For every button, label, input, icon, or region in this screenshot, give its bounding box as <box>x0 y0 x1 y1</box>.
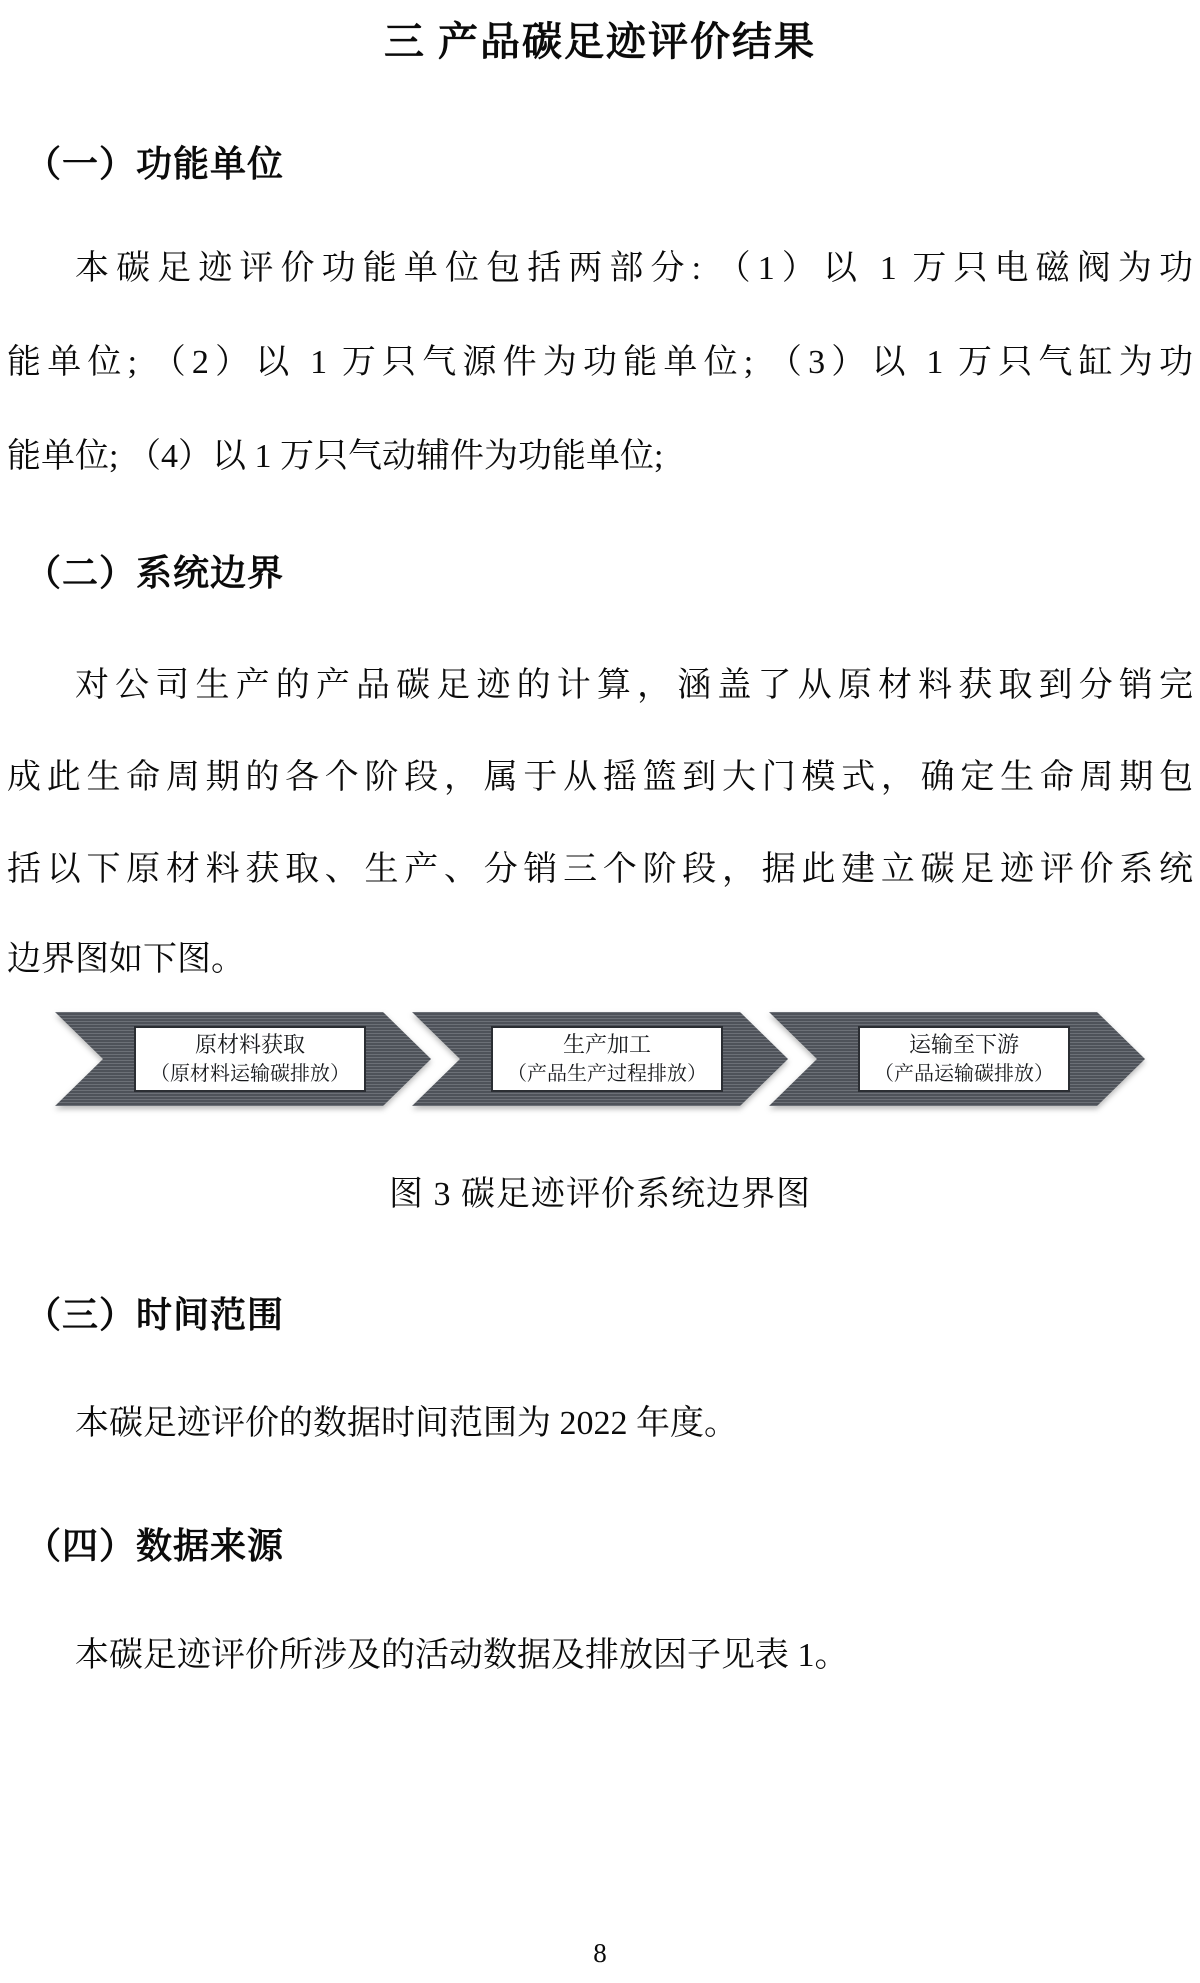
stage-subtitle: （原材料运输碳排放） <box>150 1060 350 1088</box>
stage-label-box: 原材料获取 （原材料运输碳排放） <box>134 1026 366 1093</box>
figure-caption: 图 3 碳足迹评价系统边界图 <box>0 1166 1200 1215</box>
stage-title: 生产加工 <box>507 1030 707 1061</box>
paragraph-line: 能单位; （2）以 1 万只气源件为功能单位; （3）以 1 万只气缸为功 <box>7 342 1193 385</box>
section-heading-data-source: （四）数据来源 <box>25 1518 284 1569</box>
paragraph-line: 本碳足迹评价功能单位包括两部分: （1）以 1 万只电磁阀为功 <box>7 248 1193 291</box>
page-title: 三 产品碳足迹评价结果 <box>0 10 1200 67</box>
stage-label-box: 生产加工 （产品生产过程排放） <box>491 1026 723 1093</box>
stage-subtitle: （产品生产过程排放） <box>507 1060 707 1088</box>
paragraph-line: 边界图如下图。 <box>7 939 1193 982</box>
paragraph-line: 本碳足迹评价所涉及的活动数据及排放因子见表 1。 <box>7 1635 1193 1678</box>
stage-label-box: 运输至下游 （产品运输碳排放） <box>858 1026 1070 1093</box>
paragraph-line: 本碳足迹评价的数据时间范围为 2022 年度。 <box>7 1403 1193 1446</box>
stage-title: 运输至下游 <box>874 1030 1054 1061</box>
chevron-arrow-transport-downstream: 运输至下游 （产品运输碳排放） <box>769 1012 1145 1106</box>
section-heading-time-range: （三）时间范围 <box>25 1287 284 1338</box>
paragraph-line: 括以下原材料获取、生产、分销三个阶段，据此建立碳足迹评价系统 <box>7 849 1193 892</box>
stage-subtitle: （产品运输碳排放） <box>874 1060 1054 1088</box>
paragraph-line: 对公司生产的产品碳足迹的计算，涵盖了从原材料获取到分销完 <box>7 665 1193 708</box>
section-heading-functional-unit: （一）功能单位 <box>25 136 284 187</box>
system-boundary-figure: 原材料获取 （原材料运输碳排放） 生产加工 （产品生产过程排放） 运输至下游 （… <box>55 1012 1145 1106</box>
chevron-arrow-production: 生产加工 （产品生产过程排放） <box>412 1012 788 1106</box>
paragraph-line: 能单位; （4）以 1 万只气动辅件为功能单位; <box>7 436 1193 479</box>
stage-title: 原材料获取 <box>150 1030 350 1061</box>
section-heading-system-boundary: （二）系统边界 <box>25 545 284 596</box>
page-number: 8 <box>0 1938 1200 1969</box>
paragraph-line: 成此生命周期的各个阶段，属于从摇篮到大门模式，确定生命周期包 <box>7 757 1193 800</box>
chevron-arrow-raw-material: 原材料获取 （原材料运输碳排放） <box>55 1012 431 1106</box>
document-page: { "doc": { "title": "三 产品碳足迹评价结果", "page… <box>0 0 1200 1983</box>
